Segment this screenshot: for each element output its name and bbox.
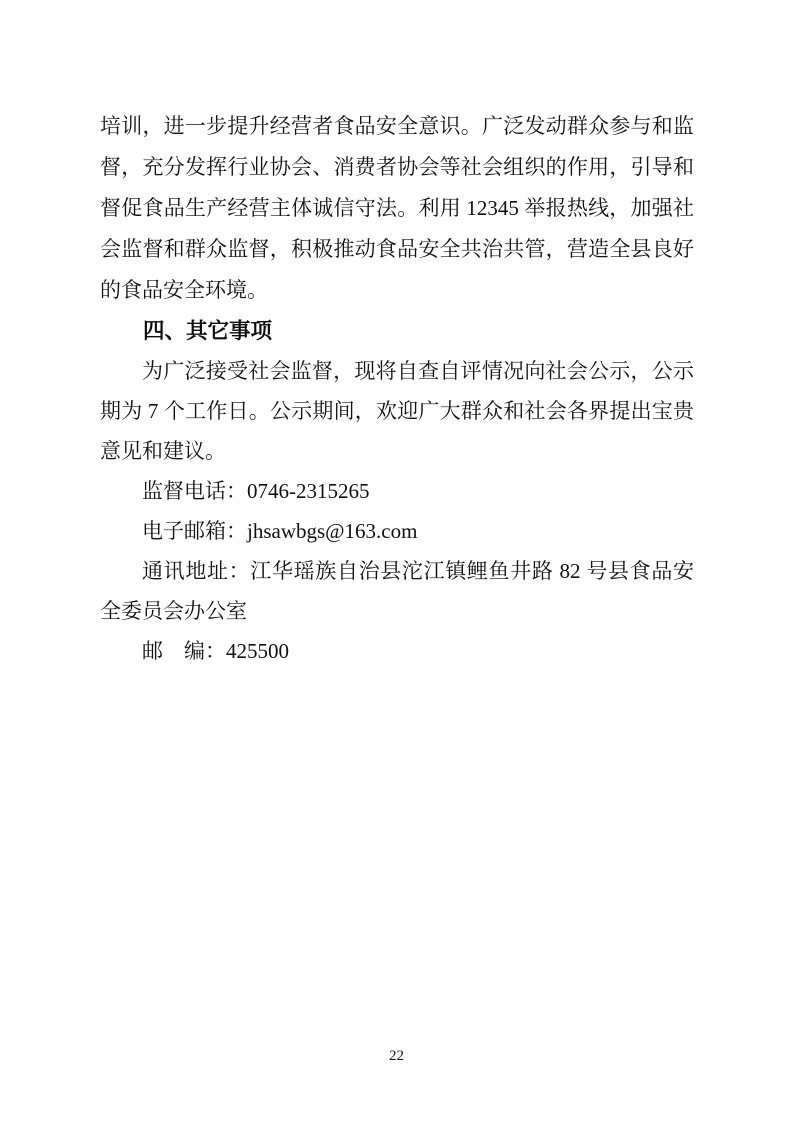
contact-info: 监督电话：0746-2315265电子邮箱：jhsawbgs@163.com通讯… bbox=[100, 471, 694, 671]
text-line: 通讯地址：江华瑶族自治县沱江镇鲤鱼井路 82 号县食品安 bbox=[100, 551, 694, 591]
text-line: 督，充分发挥行业协会、消费者协会等社会组织的作用，引导和 bbox=[100, 147, 694, 188]
section-heading-other-matters: 四、其它事项 bbox=[100, 311, 694, 351]
text-line: 的食品安全环境。 bbox=[100, 270, 694, 311]
text-line: 为广泛接受社会监督，现将自查自评情况向社会公示，公示 bbox=[100, 351, 694, 391]
text-line: 督促食品生产经营主体诚信守法。利用 12345 举报热线，加强社 bbox=[100, 188, 694, 229]
text-line: 监督电话：0746-2315265 bbox=[100, 471, 694, 511]
text-line: 邮 编：425500 bbox=[100, 631, 694, 671]
document-page: 培训，进一步提升经营者食品安全意识。广泛发动群众参与和监督，充分发挥行业协会、消… bbox=[0, 0, 793, 1122]
text-line: 意见和建议。 bbox=[100, 431, 694, 471]
page-number: 22 bbox=[0, 1047, 793, 1065]
text-line: 培训，进一步提升经营者食品安全意识。广泛发动群众参与和监 bbox=[100, 106, 694, 147]
text-line: 会监督和群众监督，积极推动食品安全共治共管，营造全县良好 bbox=[100, 229, 694, 270]
text-line: 全委员会办公室 bbox=[100, 591, 694, 631]
document-body: 培训，进一步提升经营者食品安全意识。广泛发动群众参与和监督，充分发挥行业协会、消… bbox=[100, 106, 694, 671]
paragraph-public-notice: 为广泛接受社会监督，现将自查自评情况向社会公示，公示期为 7 个工作日。公示期间… bbox=[100, 351, 694, 471]
text-line: 电子邮箱：jhsawbgs@163.com bbox=[100, 511, 694, 551]
text-line: 期为 7 个工作日。公示期间，欢迎广大群众和社会各界提出宝贵 bbox=[100, 391, 694, 431]
paragraph-training-supervision: 培训，进一步提升经营者食品安全意识。广泛发动群众参与和监督，充分发挥行业协会、消… bbox=[100, 106, 694, 311]
